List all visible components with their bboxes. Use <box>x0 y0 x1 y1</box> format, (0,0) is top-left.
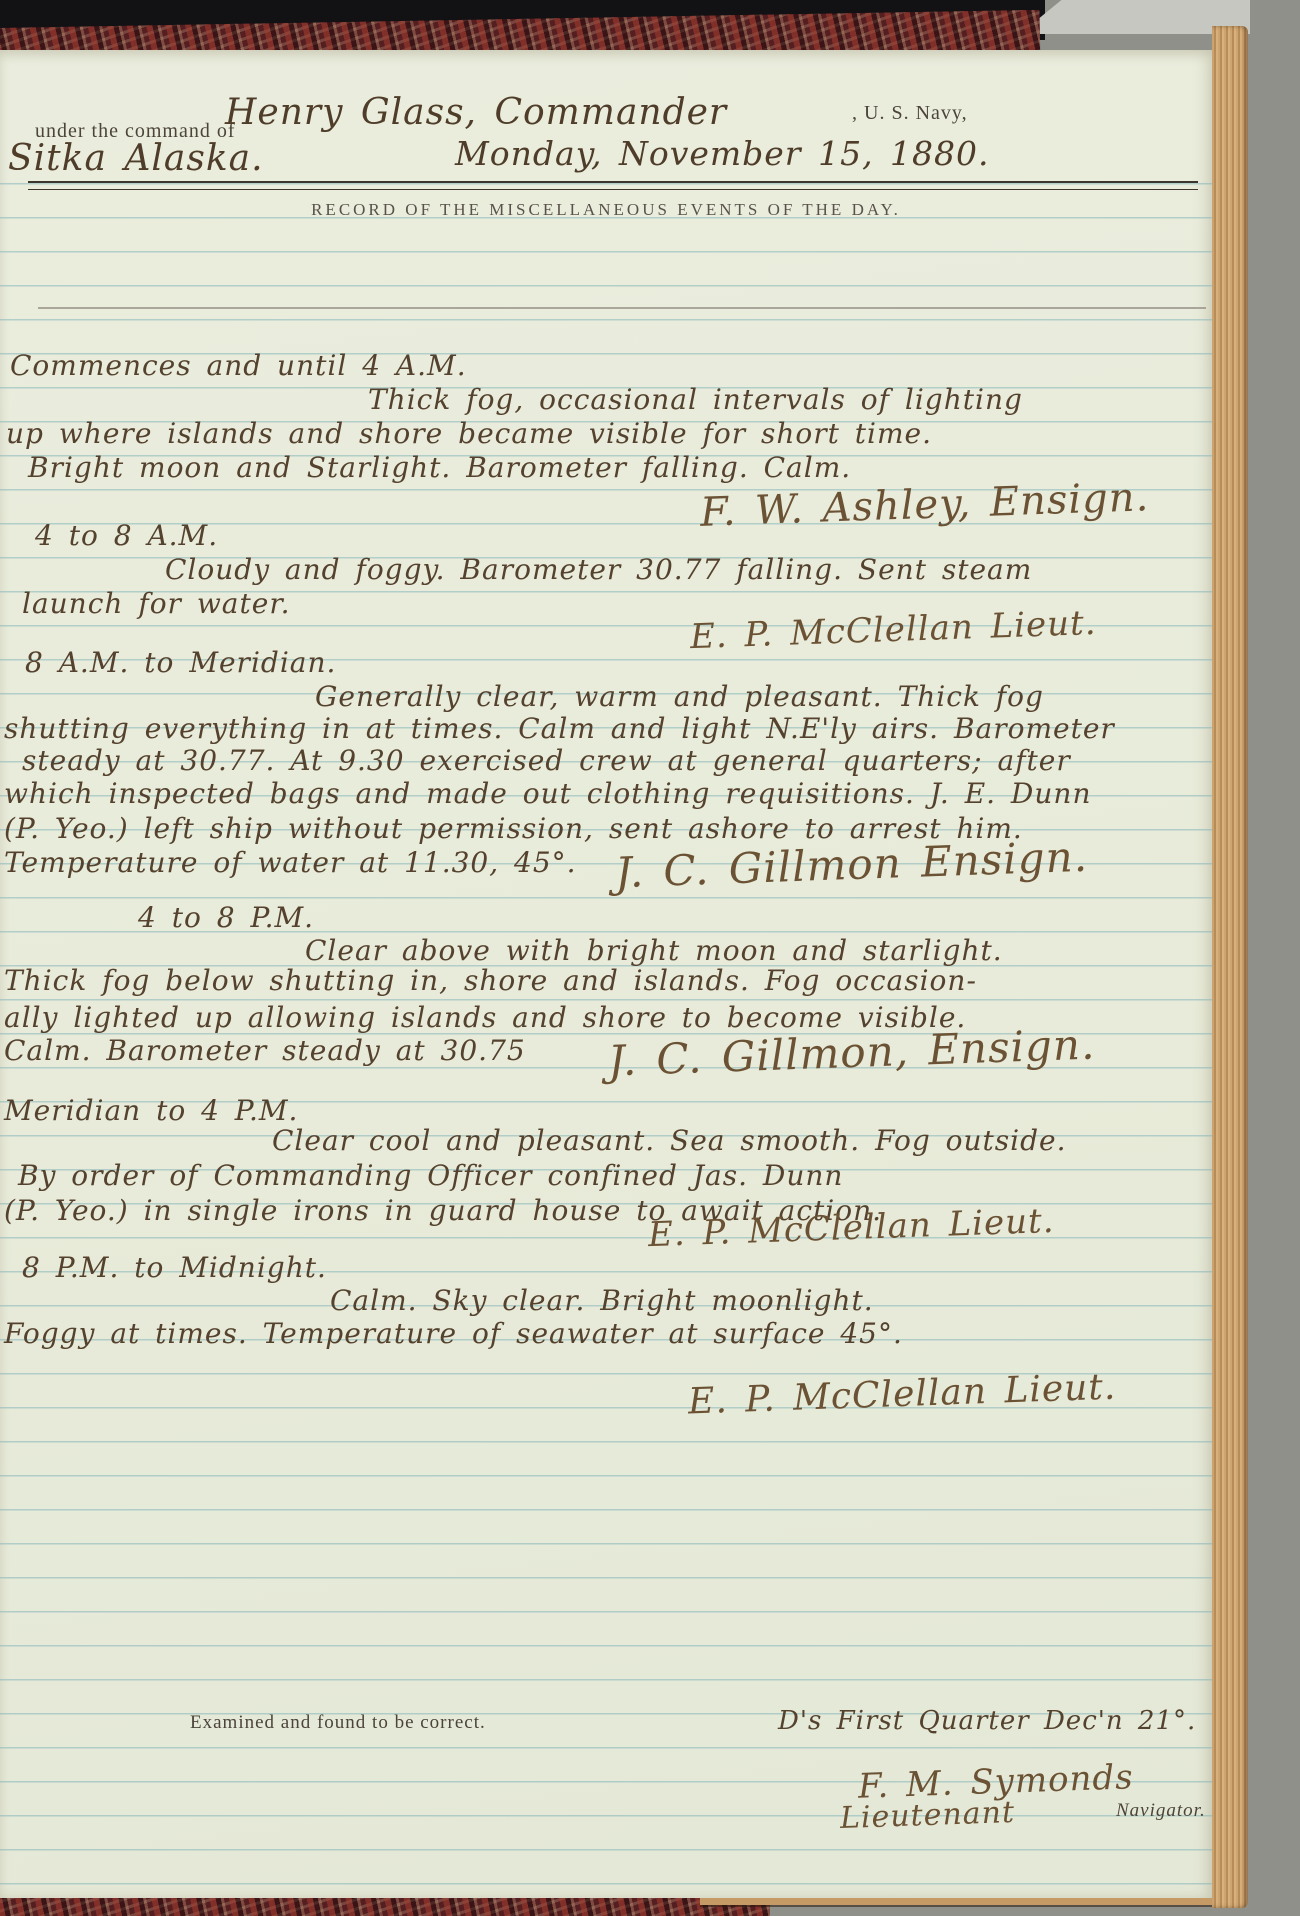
entry-line: Cloudy and foggy. Barometer 30.77 fallin… <box>165 553 1032 586</box>
entry-line: Temperature of water at 11.30, 45°. <box>4 846 577 879</box>
station-handwritten: Sitka Alaska. <box>8 138 264 179</box>
entry-line: up where islands and shore became visibl… <box>6 417 932 450</box>
entry-line: Clear above with bright moon and starlig… <box>305 934 1003 967</box>
entry-line: Calm. Barometer steady at 30.75 <box>4 1034 526 1067</box>
entry-line: Calm. Sky clear. Bright moonlight. <box>330 1284 874 1317</box>
logbook-scan: under the command of Henry Glass, Comman… <box>0 0 1300 1916</box>
entry-line: shutting everything in at times. Calm an… <box>4 712 1115 745</box>
entry-line: Bright moon and Starlight. Barometer fal… <box>28 451 851 484</box>
entry-line: launch for water. <box>22 587 291 620</box>
entry-heading: 8 P.M. to Midnight. <box>22 1251 327 1284</box>
printed-us-navy: , U. S. Navy, <box>852 102 968 125</box>
entry-heading: 4 to 8 P.M. <box>138 901 314 934</box>
entry-line: By order of Commanding Officer confined … <box>18 1159 843 1192</box>
commander-name-handwritten: Henry Glass, Commander <box>225 92 727 133</box>
entry-line: which inspected bags and made out clothi… <box>4 777 1091 810</box>
log-page: under the command of Henry Glass, Comman… <box>0 50 1212 1898</box>
entry-line: steady at 30.77. At 9.30 exercised crew … <box>22 744 1071 777</box>
entry-heading: Commences and until 4 A.M. <box>10 349 467 382</box>
date-handwritten: Monday, November 15, 1880. <box>455 134 990 173</box>
entry-line: Thick fog below shutting in, shore and i… <box>4 964 977 997</box>
entry-line: Generally clear, warm and pleasant. Thic… <box>315 680 1044 713</box>
entry-heading: Meridian to 4 P.M. <box>4 1094 298 1127</box>
entry-line: Foggy at times. Temperature of seawater … <box>4 1317 903 1350</box>
navigator-rank: Lieutenant <box>839 1795 1015 1836</box>
entry-heading: 8 A.M. to Meridian. <box>25 646 336 679</box>
navigator-printed-label: Navigator. <box>1116 1800 1206 1822</box>
entry-line: Clear cool and pleasant. Sea smooth. Fog… <box>272 1124 1067 1157</box>
page-stack-right-edge <box>1212 26 1248 1908</box>
moon-phase-note: D's First Quarter Dec'n 21°. <box>778 1706 1196 1736</box>
entry-heading: 4 to 8 A.M. <box>35 519 218 552</box>
entry-line: Thick fog, occasional intervals of light… <box>368 383 1023 416</box>
section-title: RECORD OF THE MISCELLANEOUS EVENTS OF TH… <box>0 200 1212 220</box>
examined-printed-label: Examined and found to be correct. <box>190 1712 486 1734</box>
header-double-rule <box>28 181 1198 190</box>
section-divider-rule <box>38 307 1206 309</box>
